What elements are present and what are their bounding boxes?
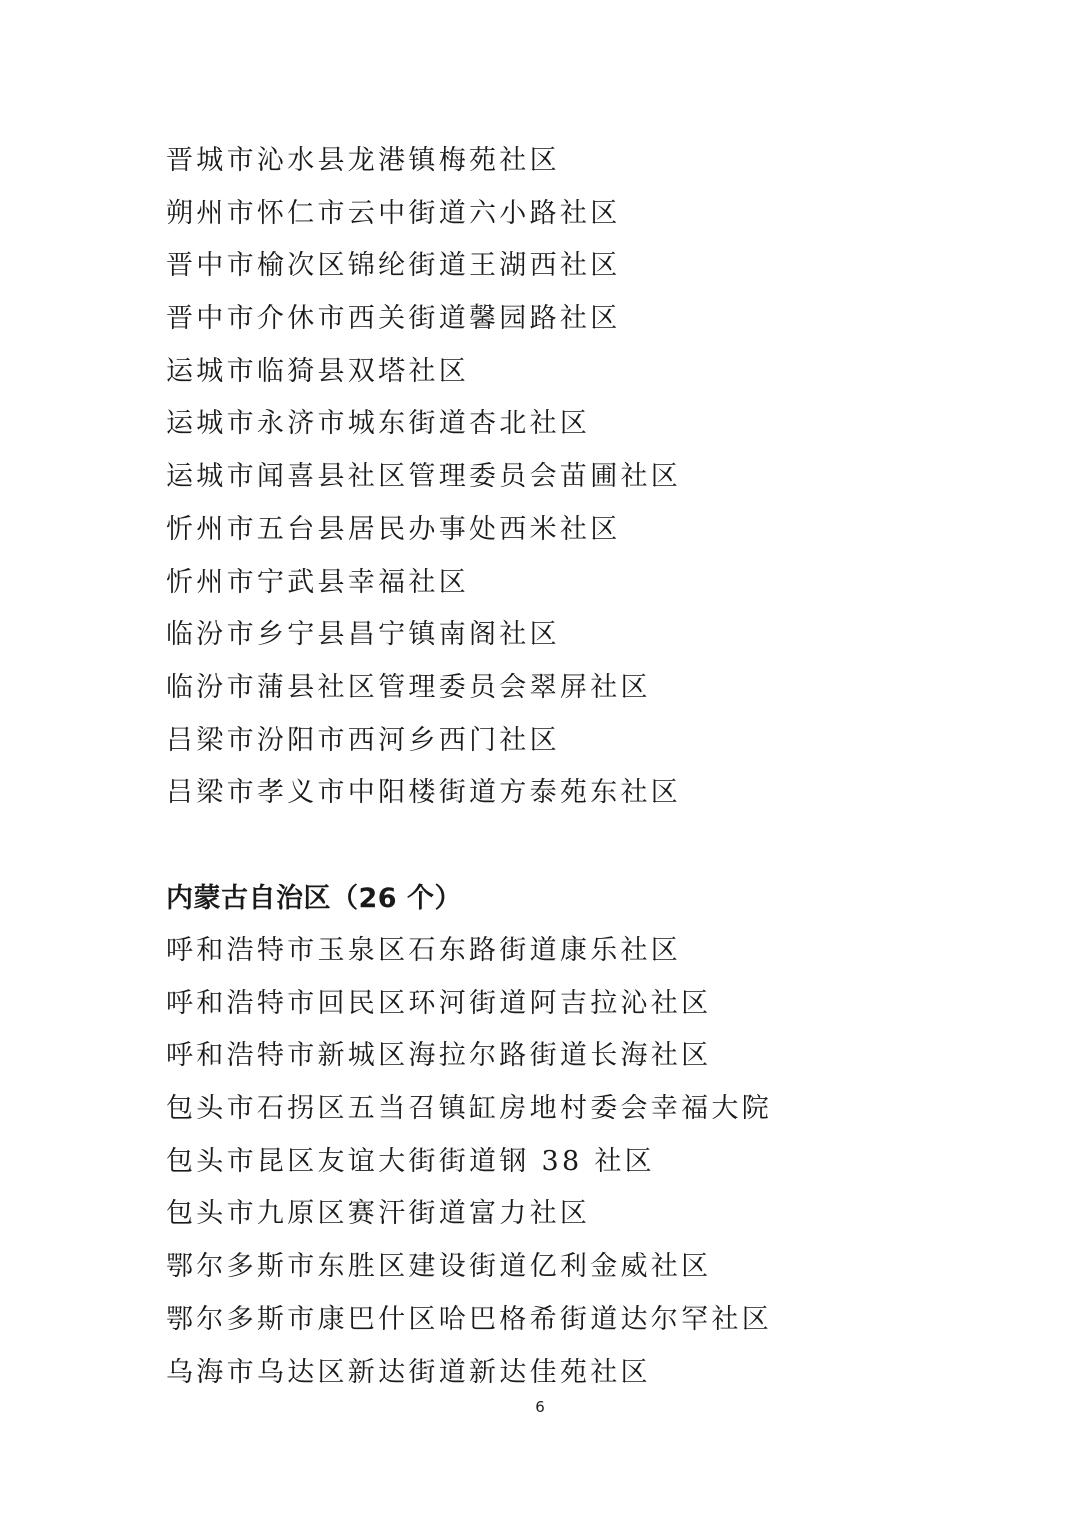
- list-item: 包头市昆区友谊大街街道钢 38 社区: [166, 1136, 772, 1189]
- list-item: 包头市石拐区五当召镇缸房地村委会幸福大院: [166, 1083, 772, 1136]
- list-item: 包头市九原区赛汗街道富力社区: [166, 1188, 772, 1241]
- list-item: 临汾市乡宁县昌宁镇南阁社区: [166, 609, 681, 662]
- section-heading-neimenggu: 内蒙古自治区（26 个）: [166, 873, 462, 925]
- list-item: 呼和浩特市回民区环河街道阿吉拉沁社区: [166, 978, 772, 1031]
- list-item: 运城市永济市城东街道杏北社区: [166, 398, 681, 451]
- list-item: 忻州市宁武县幸福社区: [166, 557, 681, 610]
- list-item: 晋中市榆次区锦纶街道王湖西社区: [166, 240, 681, 293]
- shanxi-community-list: 晋城市沁水县龙港镇梅苑社区 朔州市怀仁市云中街道六小路社区 晋中市榆次区锦纶街道…: [166, 135, 681, 820]
- document-page: 晋城市沁水县龙港镇梅苑社区 朔州市怀仁市云中街道六小路社区 晋中市榆次区锦纶街道…: [0, 0, 1080, 1527]
- list-item: 运城市临猗县双塔社区: [166, 346, 681, 399]
- list-item: 晋城市沁水县龙港镇梅苑社区: [166, 135, 681, 188]
- list-item: 呼和浩特市玉泉区石东路街道康乐社区: [166, 925, 772, 978]
- list-item: 吕梁市汾阳市西河乡西门社区: [166, 715, 681, 768]
- page-number: 6: [0, 1398, 1080, 1416]
- list-item: 鄂尔多斯市东胜区建设街道亿利金威社区: [166, 1241, 772, 1294]
- list-item: 朔州市怀仁市云中街道六小路社区: [166, 188, 681, 241]
- list-item: 忻州市五台县居民办事处西米社区: [166, 504, 681, 557]
- list-item: 呼和浩特市新城区海拉尔路街道长海社区: [166, 1030, 772, 1083]
- list-item: 运城市闻喜县社区管理委员会苗圃社区: [166, 451, 681, 504]
- list-item: 晋中市介休市西关街道馨园路社区: [166, 293, 681, 346]
- list-item: 乌海市乌达区新达街道新达佳苑社区: [166, 1347, 772, 1400]
- neimenggu-community-list: 呼和浩特市玉泉区石东路街道康乐社区 呼和浩特市回民区环河街道阿吉拉沁社区 呼和浩…: [166, 925, 772, 1399]
- list-item: 临汾市蒲县社区管理委员会翠屏社区: [166, 662, 681, 715]
- list-item: 鄂尔多斯市康巴什区哈巴格希街道达尔罕社区: [166, 1294, 772, 1347]
- list-item: 吕梁市孝义市中阳楼街道方泰苑东社区: [166, 767, 681, 820]
